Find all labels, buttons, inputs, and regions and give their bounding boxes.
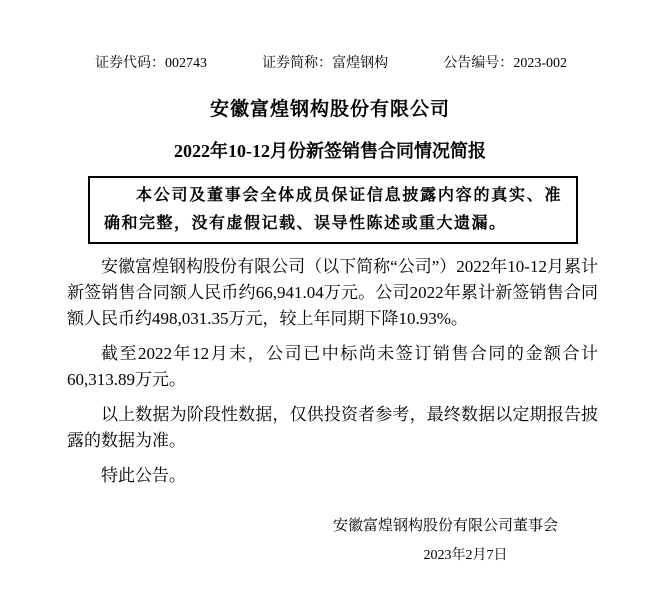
disclosure-statement-box: 本公司及董事会全体成员保证信息披露内容的真实、准确和完整，没有虚假记载、误导性陈… — [88, 176, 578, 244]
announcement-page: 证券代码：002743 证券简称：富煌钢构 公告编号：2023-002 安徽富煌… — [0, 0, 660, 616]
announcement-number-value: 2023-002 — [513, 56, 567, 71]
company-name-title: 安徽富煌钢构股份有限公司 — [0, 97, 660, 123]
signature-block: 安徽富煌钢构股份有限公司董事会 2023年2月7日 — [333, 511, 558, 571]
report-title: 2022年10-12月份新签销售合同情况简报 — [0, 139, 660, 164]
signer-name: 安徽富煌钢构股份有限公司董事会 — [333, 511, 558, 541]
paragraph-disclaimer: 以上数据为阶段性数据，仅供投资者参考，最终数据以定期报告披露的数据为准。 — [67, 402, 598, 454]
stock-name-value: 富煌钢构 — [332, 56, 388, 71]
paragraph-new-signed-contracts: 安徽富煌钢构股份有限公司（以下简称“公司”）2022年10-12月累计新签销售合… — [67, 254, 598, 332]
announcement-number-label: 公告编号： — [443, 56, 513, 71]
paragraph-pending-contracts: 截至2022年12月末，公司已中标尚未签订销售合同的金额合计60,313.89万… — [67, 341, 598, 393]
stock-code: 证券代码：002743 — [95, 54, 207, 73]
stock-code-label: 证券代码： — [95, 56, 165, 71]
announcement-number: 公告编号：2023-002 — [443, 54, 567, 73]
disclosure-statement-text: 本公司及董事会全体成员保证信息披露内容的真实、准确和完整，没有虚假记载、误导性陈… — [104, 182, 562, 238]
stock-name-label: 证券简称： — [262, 56, 332, 71]
document-body: 安徽富煌钢构股份有限公司（以下简称“公司”）2022年10-12月累计新签销售合… — [67, 254, 598, 489]
document-header: 证券代码：002743 证券简称：富煌钢构 公告编号：2023-002 — [0, 0, 660, 73]
signature-area: 安徽富煌钢构股份有限公司董事会 2023年2月7日 — [0, 511, 660, 571]
stock-name: 证券简称：富煌钢构 — [262, 54, 388, 73]
signature-date: 2023年2月7日 — [333, 541, 558, 571]
paragraph-closing: 特此公告。 — [67, 463, 598, 489]
stock-code-value: 002743 — [165, 56, 207, 71]
